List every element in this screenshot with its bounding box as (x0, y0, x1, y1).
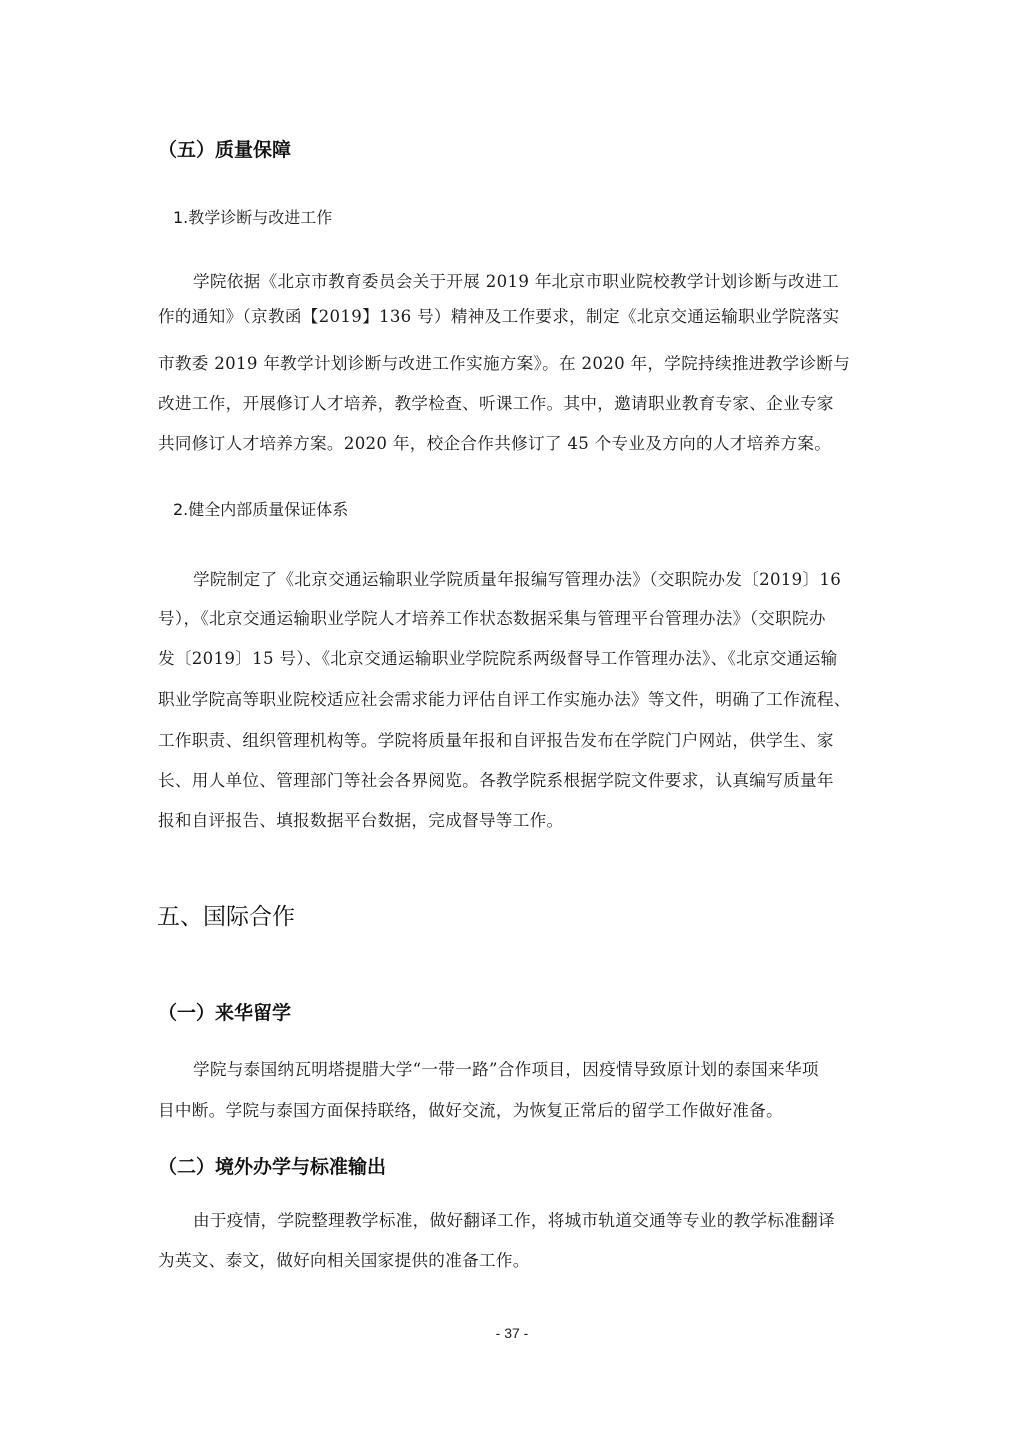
section-heading-quality-assurance: （五）质量保障 (158, 135, 291, 162)
text-line: 发〔2019〕15 号）、《北京交通运输职业学院院系两级督导工作管理办法》、《北… (158, 645, 837, 669)
text-line: 由于疫情，学院整理教学标准，做好翻译工作，将城市轨道交通等专业的教学标准翻译 (193, 1207, 835, 1231)
section-heading-overseas-education: （二）境外办学与标准输出 (158, 1152, 386, 1179)
text-line: 改进工作，开展修订人才培养，教学检查、听课工作。其中，邀请职业教育专家、企业专家 (158, 390, 834, 414)
text-line: 共同修订人才培养方案。2020 年，校企合作共修订了 45 个专业及方向的人才培… (158, 430, 831, 454)
text-line: 学院与泰国纳瓦明塔提腊大学“一带一路”合作项目，因疫情导致原计划的泰国来华项 (193, 1056, 819, 1080)
text-line: 长、用人单位、管理部门等社会各界阅览。各教学院系根据学院文件要求，认真编写质量年 (158, 767, 834, 791)
text-line: 学院依据《北京市教育委员会关于开展 2019 年北京市职业院校教学计划诊断与改进… (193, 268, 839, 292)
document-page: （五）质量保障 1.教学诊断与改进工作 学院依据《北京市教育委员会关于开展 20… (0, 0, 1024, 1448)
text-line: 为英文、泰文，做好向相关国家提供的准备工作。 (158, 1247, 530, 1271)
text-line: 目中断。学院与泰国方面保持联络，做好交流，为恢复正常后的留学工作做好准备。 (158, 1097, 783, 1121)
text-line: 学院制定了《北京交通运输职业学院质量年报编写管理办法》（交职院办发〔2019〕1… (193, 566, 841, 590)
item-heading-teaching-diagnosis: 1.教学诊断与改进工作 (173, 205, 332, 228)
text-line: 职业学院高等职业院校适应社会需求能力评估自评工作实施办法》等文件，明确了工作流程… (158, 686, 851, 710)
text-line: 工作职责、组织管理机构等。学院将质量年报和自评报告发布在学院门户网站，供学生、家 (158, 727, 834, 751)
chapter-heading-international-cooperation: 五、国际合作 (157, 898, 295, 931)
text-line: 作的通知》（京教函【2019】136 号）精神及工作要求，制定《北京交通运输职业… (158, 303, 839, 327)
section-heading-study-in-china: （一）来华留学 (158, 998, 291, 1025)
item-heading-quality-system: 2.健全内部质量保证体系 (173, 497, 348, 520)
text-line: 市教委 2019 年教学计划诊断与改进工作实施方案》。在 2020 年，学院持续… (158, 350, 850, 374)
text-line: 号），《北京交通运输职业学院人才培养工作状态数据采集与管理平台管理办法》（交职院… (158, 605, 826, 629)
page-number: - 37 - (0, 1325, 1024, 1341)
text-line: 报和自评报告、填报数据平台数据，完成督导等工作。 (158, 807, 563, 831)
